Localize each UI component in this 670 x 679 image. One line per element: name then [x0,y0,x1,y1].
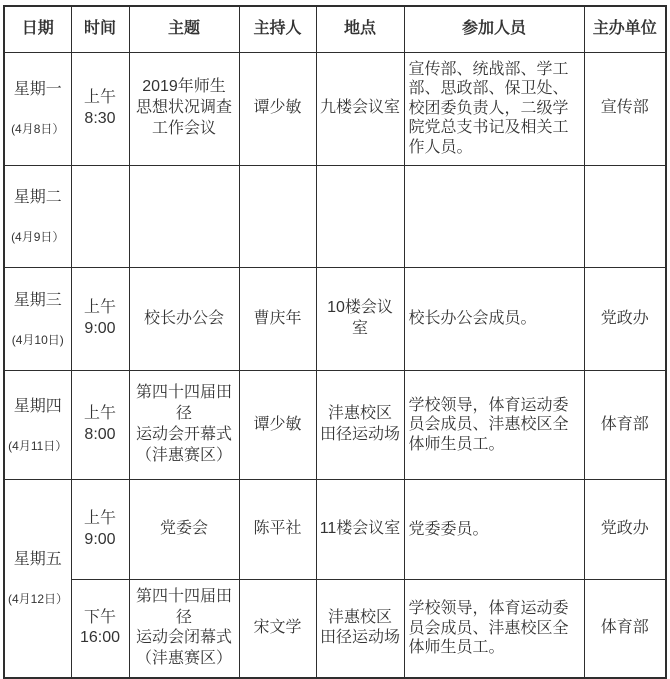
cell-organizer: 宣传部 [584,52,666,165]
column-header-topic: 主题 [129,6,239,52]
cell-time: 上午 9:00 [71,480,129,580]
cell-day: 星期二 (4月9日） [4,165,71,268]
cell-day: 星期四 (4月11日） [4,371,71,480]
cell-time: 上午 9:00 [71,268,129,371]
day-date: (4月10日) [8,333,68,347]
cell-host: 陈平社 [239,480,316,580]
day-name: 星期四 [8,397,68,417]
day-date: (4月8日） [8,122,68,136]
cell-topic: 第四十四届田径 运动会开幕式 （沣惠赛区） [129,371,239,480]
day-name: 星期五 [8,550,68,570]
table-row-monday: 星期一 (4月8日） 上午 8:30 2019年师生 思想状况调查 工作会议 谭… [4,52,666,165]
table-row-friday-morning: 星期五 (4月12日） 上午 9:00 党委会 陈平社 11楼会议室 党委委员。… [4,480,666,580]
cell-location [316,165,404,268]
cell-time [71,165,129,268]
table-row-friday-afternoon: 下午 16:00 第四十四届田径 运动会闭幕式 （沣惠赛区） 宋文学 沣惠校区 … [4,580,666,678]
cell-organizer [584,165,666,268]
cell-participants: 党委委员。 [404,480,584,580]
day-date: (4月9日） [8,230,68,244]
cell-topic: 2019年师生 思想状况调查 工作会议 [129,52,239,165]
cell-location: 九楼会议室 [316,52,404,165]
cell-topic: 校长办公会 [129,268,239,371]
cell-time: 上午 8:00 [71,371,129,480]
schedule-table: 日期 时间 主题 主持人 地点 参加人员 主办单位 星期一 (4月8日） 上午 … [3,5,667,679]
cell-host: 曹庆年 [239,268,316,371]
cell-host: 宋文学 [239,580,316,678]
day-name: 星期二 [8,188,68,208]
cell-topic: 党委会 [129,480,239,580]
day-date: (4月12日） [8,592,68,606]
cell-location: 沣惠校区 田径运动场 [316,580,404,678]
cell-location: 11楼会议室 [316,480,404,580]
cell-time: 下午 16:00 [71,580,129,678]
cell-participants [404,165,584,268]
cell-host [239,165,316,268]
table-row-wednesday: 星期三 (4月10日) 上午 9:00 校长办公会 曹庆年 10楼会议室 校长办… [4,268,666,371]
column-header-participants: 参加人员 [404,6,584,52]
cell-organizer: 党政办 [584,268,666,371]
cell-participants: 校长办公会成员。 [404,268,584,371]
column-header-date: 日期 [4,6,71,52]
column-header-organizer: 主办单位 [584,6,666,52]
table-row-thursday: 星期四 (4月11日） 上午 8:00 第四十四届田径 运动会开幕式 （沣惠赛区… [4,371,666,480]
cell-location: 10楼会议室 [316,268,404,371]
cell-day: 星期一 (4月8日） [4,52,71,165]
schedule-page: 日期 时间 主题 主持人 地点 参加人员 主办单位 星期一 (4月8日） 上午 … [0,0,670,648]
table-row-tuesday: 星期二 (4月9日） [4,165,666,268]
cell-day: 星期三 (4月10日) [4,268,71,371]
column-header-time: 时间 [71,6,129,52]
day-name: 星期一 [8,80,68,100]
cell-organizer: 体育部 [584,371,666,480]
cell-host: 谭少敏 [239,371,316,480]
column-header-host: 主持人 [239,6,316,52]
cell-participants: 宣传部、统战部、学工部、思政部、保卫处、校团委负责人，二级学院党总支书记及相关工… [404,52,584,165]
cell-host: 谭少敏 [239,52,316,165]
cell-participants: 学校领导，体育运动委员会成员、沣惠校区全体师生员工。 [404,580,584,678]
cell-organizer: 党政办 [584,480,666,580]
cell-topic [129,165,239,268]
cell-participants: 学校领导，体育运动委员会成员、沣惠校区全体师生员工。 [404,371,584,480]
cell-organizer: 体育部 [584,580,666,678]
day-date: (4月11日） [8,439,68,453]
cell-location: 沣惠校区 田径运动场 [316,371,404,480]
cell-topic: 第四十四届田径 运动会闭幕式 （沣惠赛区） [129,580,239,678]
header-row: 日期 时间 主题 主持人 地点 参加人员 主办单位 [4,6,666,52]
cell-time: 上午 8:30 [71,52,129,165]
day-name: 星期三 [8,291,68,311]
column-header-location: 地点 [316,6,404,52]
